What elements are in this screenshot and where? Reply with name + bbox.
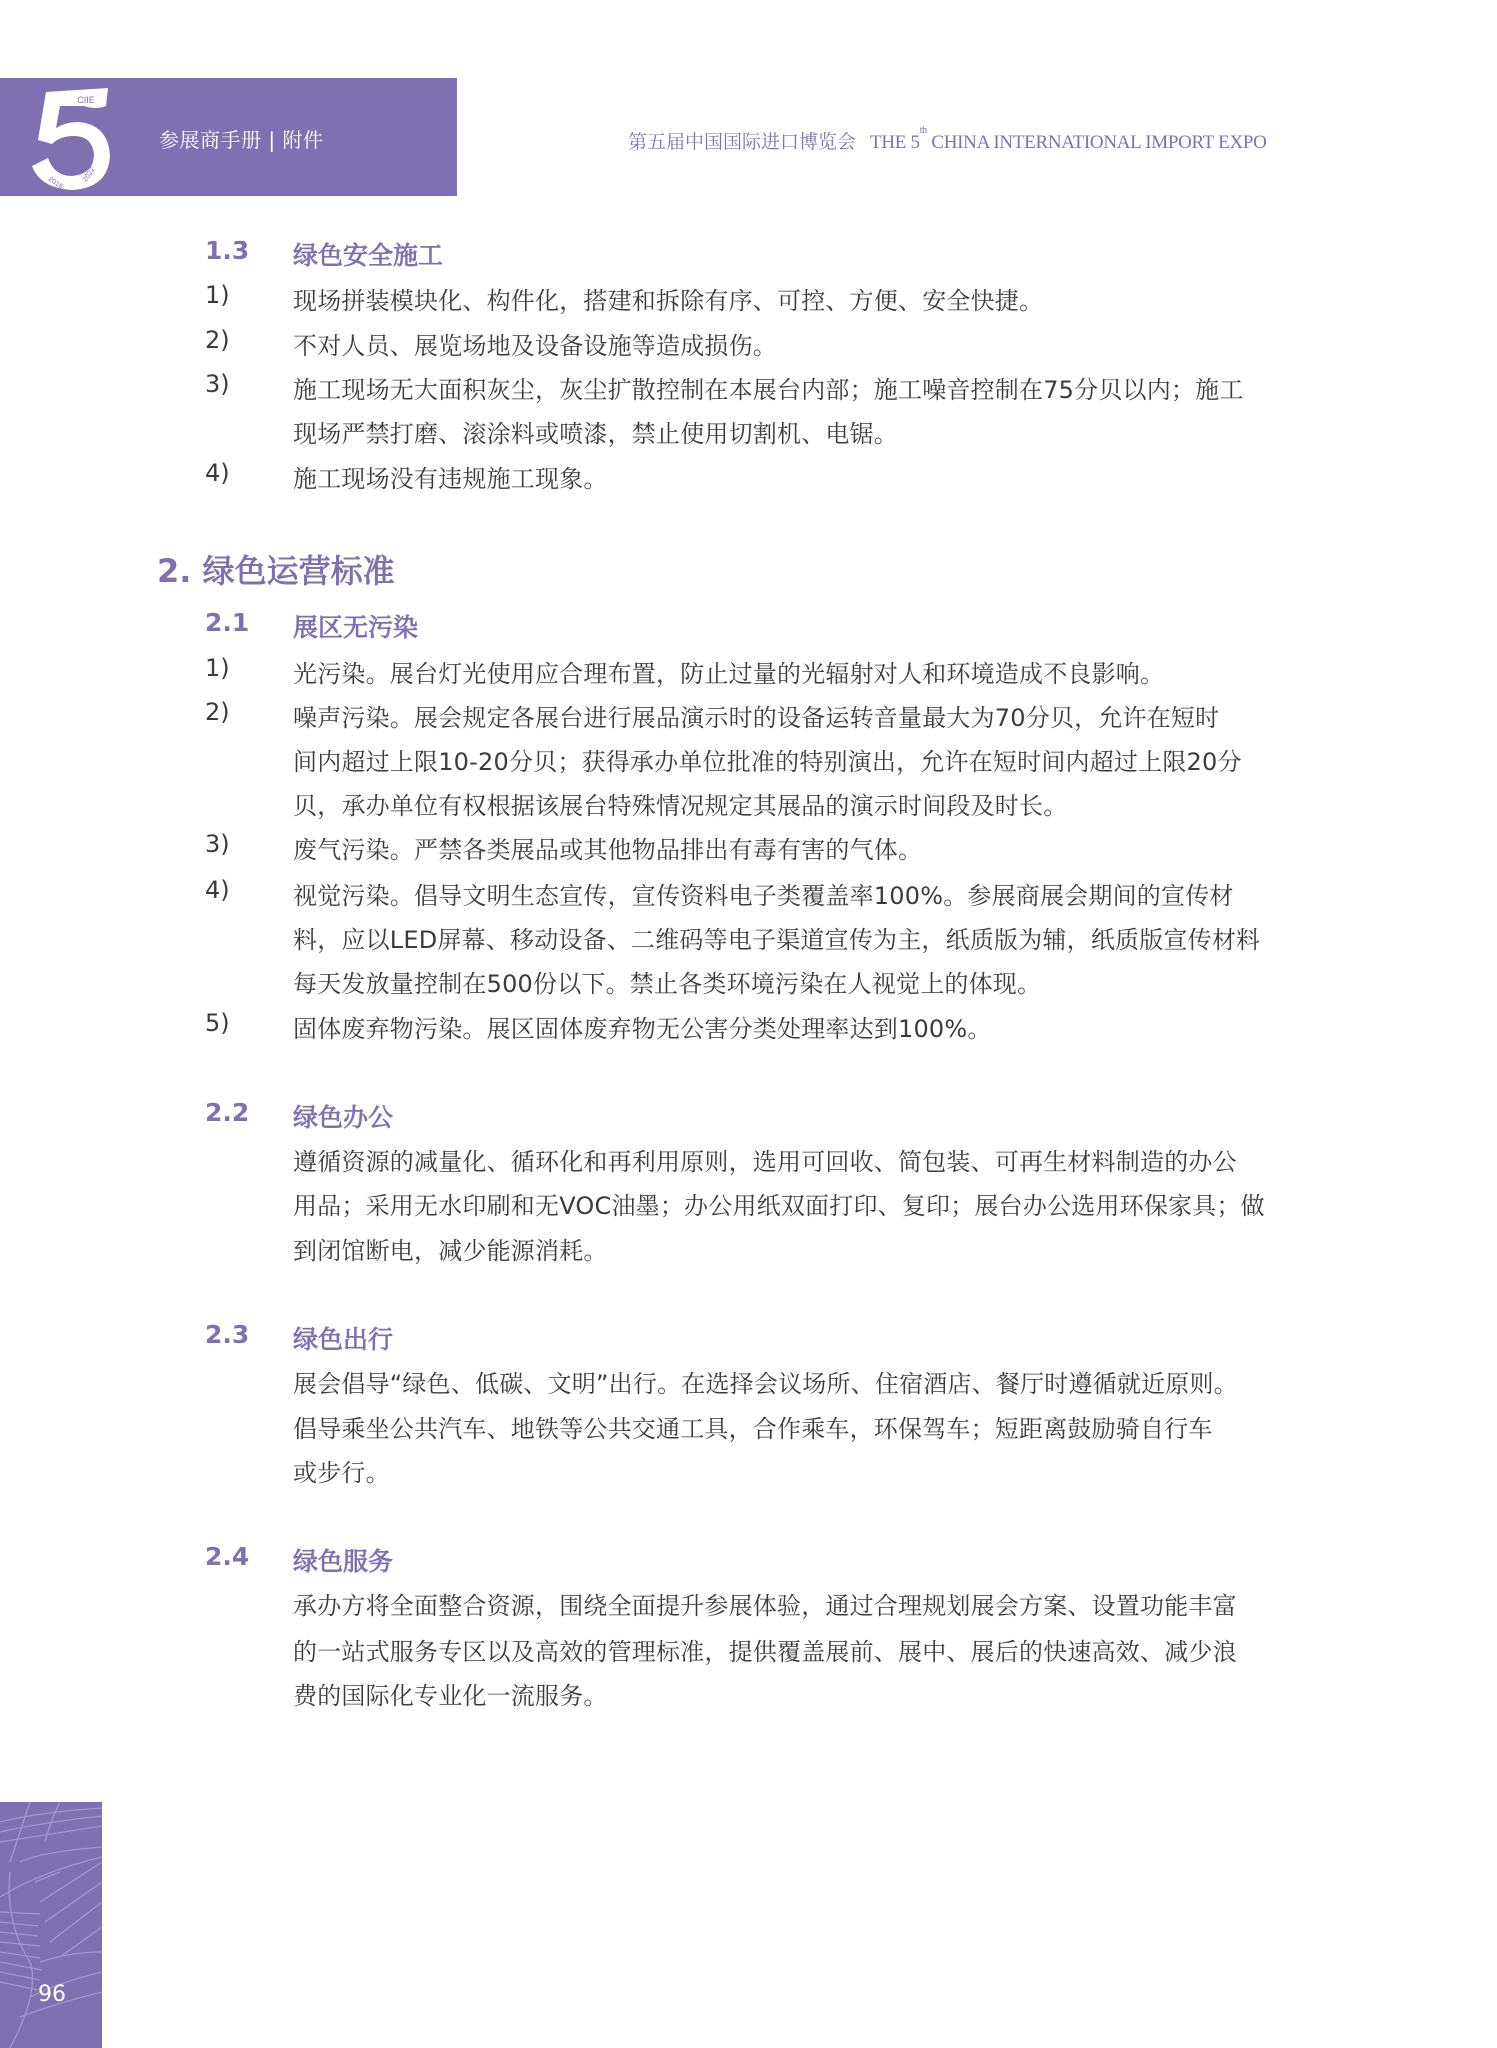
paragraph-line: 承办方将全面整合资源，围绕全面提升参展体验，通过合理规划展会方案、设置功能丰富 — [293, 1586, 1237, 1621]
expo-title-en-sup: th — [920, 125, 927, 136]
list-number: 3) — [205, 370, 230, 398]
paragraph-line: 展会倡导“绿色、低碳、文明”出行。在选择会议场所、住宿酒店、餐厅时遵循就近原则。 — [293, 1364, 1238, 1399]
list-item-text: 光污染。展台灯光使用应合理布置，防止过量的光辐射对人和环境造成不良影响。 — [293, 654, 1164, 689]
section-1-3-title: 绿色安全施工 — [293, 236, 443, 272]
ciie-5-logo-icon: CIIE 2018 2022 — [26, 84, 116, 192]
section-2-2-title: 绿色办公 — [293, 1098, 393, 1134]
list-item-text: 视觉污染。倡导文明生态宣传，宣传资料电子类覆盖率100%。参展商展会期间的宣传材 — [293, 876, 1234, 911]
list-item-text: 现场严禁打磨、滚涂料或喷漆，禁止使用切割机、电锯。 — [293, 414, 898, 449]
list-item-text: 间内超过上限10-20分贝；获得承办单位批准的特别演出，允许在短时间内超过上限2… — [293, 742, 1242, 777]
section-2-4-title: 绿色服务 — [293, 1542, 393, 1578]
section-2-3-number: 2.3 — [205, 1320, 249, 1349]
section-1-3-number: 1.3 — [205, 236, 249, 265]
expo-title-en-suffix: CHINA INTERNATIONAL IMPORT EXPO — [927, 132, 1267, 153]
list-item-text: 现场拼装模块化、构件化，搭建和拆除有序、可控、方便、安全快捷。 — [293, 281, 1043, 316]
section-2-3-title: 绿色出行 — [293, 1320, 393, 1356]
list-item-text: 料，应以LED屏幕、移动设备、二维码等电子渠道宣传为主，纸质版为辅，纸质版宣传材… — [293, 920, 1260, 955]
paragraph-line: 费的国际化专业化一流服务。 — [293, 1676, 608, 1711]
page-number: 96 — [38, 1982, 66, 2007]
list-number: 1) — [205, 654, 230, 682]
leaf-pattern-icon — [0, 1802, 102, 2048]
expo-title-cn: 第五届中国国际进口博览会 — [628, 132, 856, 153]
paragraph-line: 遵循资源的减量化、循环化和再利用原则，选用可回收、简包装、可再生材料制造的办公 — [293, 1142, 1237, 1177]
handbook-section-title: 参展商手册 | 附件 — [159, 124, 323, 153]
svg-text:CIIE: CIIE — [77, 95, 95, 105]
list-number: 5) — [205, 1009, 230, 1037]
paragraph-line: 倡导乘坐公共汽车、地铁等公共交通工具，合作乘车，环保驾车；短距离鼓励骑自行车 — [293, 1409, 1213, 1444]
section-2-2-number: 2.2 — [205, 1098, 249, 1127]
list-number: 4) — [205, 876, 230, 904]
list-number: 2) — [205, 698, 230, 726]
list-item-text: 贝，承办单位有权根据该展台特殊情况规定其展品的演示时间段及时长。 — [293, 786, 1067, 821]
section-2-4-number: 2.4 — [205, 1542, 249, 1571]
paragraph-line: 用品；采用无水印刷和无VOC油墨；办公用纸双面打印、复印；展台办公选用环保家具；… — [293, 1186, 1265, 1221]
list-number: 3) — [205, 830, 230, 858]
list-item-text: 施工现场无大面积灰尘，灰尘扩散控制在本展台内部；施工噪音控制在75分贝以内；施工 — [293, 370, 1244, 405]
list-number: 2) — [205, 326, 230, 354]
list-item-text: 不对人员、展览场地及设备设施等造成损伤。 — [293, 326, 777, 361]
paragraph-line: 到闭馆断电，减少能源消耗。 — [293, 1231, 608, 1266]
expo-title-en-prefix: THE 5 — [870, 132, 920, 153]
list-number: 1) — [205, 281, 230, 309]
section-2-title: 2. 绿色运营标准 — [157, 546, 395, 592]
footer-decoration-bar — [0, 1802, 102, 2048]
list-item-text: 施工现场没有违规施工现象。 — [293, 459, 608, 494]
list-number: 4) — [205, 459, 230, 487]
list-item-text: 噪声污染。展会规定各展台进行展品演示时的设备运转音量最大为70分贝，允许在短时 — [293, 698, 1219, 733]
list-item-text: 固体废弃物污染。展区固体废弃物无公害分类处理率达到100%。 — [293, 1009, 992, 1044]
list-item-text: 废气污染。严禁各类展品或其他物品排出有毒有害的气体。 — [293, 830, 922, 865]
list-item-text: 每天发放量控制在500份以下。禁止各类环境污染在人视觉上的体现。 — [293, 964, 1041, 999]
paragraph-line: 或步行。 — [293, 1453, 390, 1488]
section-2-1-title: 展区无污染 — [293, 608, 418, 644]
paragraph-line: 的一站式服务专区以及高效的管理标准，提供覆盖展前、展中、展后的快速高效、减少浪 — [293, 1632, 1237, 1667]
expo-title: 第五届中国国际进口博览会THE 5th CHINA INTERNATIONAL … — [628, 127, 1267, 154]
expo-title-en: THE 5th CHINA INTERNATIONAL IMPORT EXPO — [870, 132, 1267, 153]
section-2-1-number: 2.1 — [205, 608, 249, 637]
